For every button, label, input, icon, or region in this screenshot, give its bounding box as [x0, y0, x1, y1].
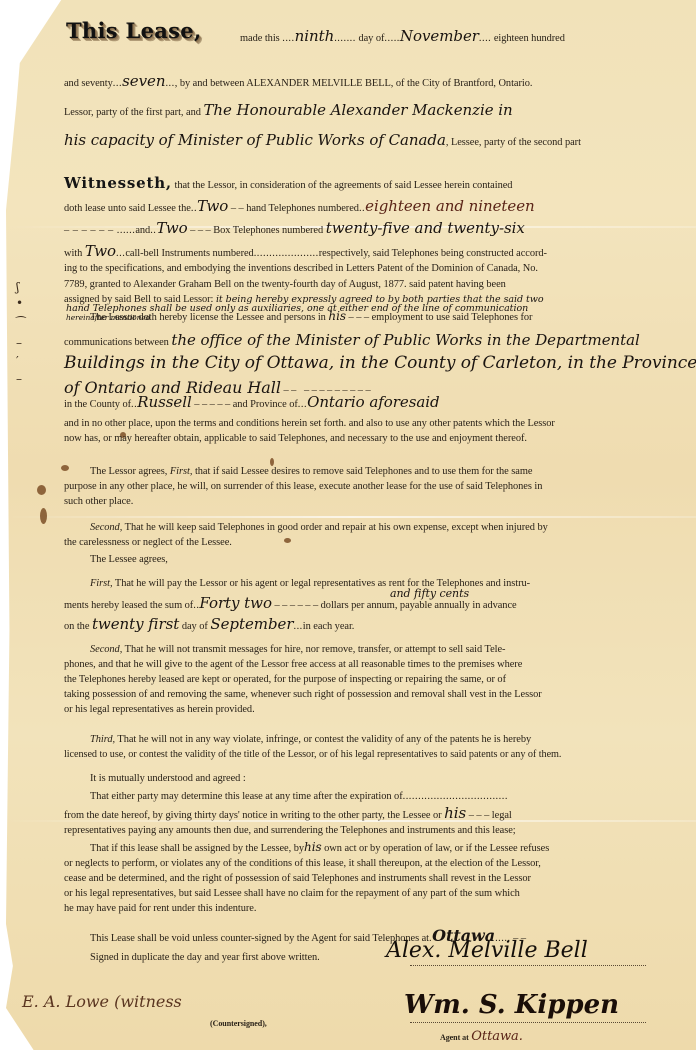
witnesseth-line-11: communications between the office of the…: [64, 334, 644, 349]
margin-mark: ⁀: [16, 316, 26, 330]
lessee-second-line-1: Second, That he will not transmit messag…: [64, 643, 670, 656]
agent-place: Ottawa.: [471, 1029, 523, 1044]
document-title: This Lease,: [66, 18, 202, 43]
lessor-signature: Alex. Melville Bell: [386, 938, 588, 963]
intro-line-4: his capacity of Minister of Public Works…: [64, 134, 644, 149]
witnesseth-line-10: The Lessor doth hereby license the Lesse…: [64, 310, 670, 324]
countersigned-label: (Countersigned),: [210, 1017, 330, 1030]
witness-signature: E. A. Lowe (witness: [22, 992, 182, 1011]
lessee-third-line-1: Third, That he will not in any way viola…: [64, 733, 670, 746]
margin-mark: ʃ: [16, 280, 19, 294]
lessor-second-line-2: the carelessness or neglect of the Lesse…: [64, 536, 644, 549]
mutual-line-7: or his legal representatives, but said L…: [64, 887, 644, 900]
box-telephone-numbers: twenty-five and twenty-six: [326, 219, 525, 237]
lessor-agrees-line-2: purpose in any other place, he will, on …: [64, 480, 644, 493]
mutual-line-6: cease and be determined, and the right o…: [64, 872, 644, 885]
lessee-name: The Honourable Alexander Mackenzie in: [203, 101, 512, 119]
lessee-second-line-4: taking possession of and removing the sa…: [64, 688, 644, 701]
margin-mark: ′: [16, 354, 19, 368]
mutual-line-5: or neglects to perform, or violates any …: [64, 857, 644, 870]
witnesseth-line-2: doth lease unto said Lessee the..Two – –…: [64, 200, 644, 215]
witnesseth-line-12: Buildings in the City of Ottawa, in the …: [64, 357, 644, 372]
witnesseth-line-5: ing to the specifications, and embodying…: [64, 262, 644, 275]
witnesseth-line-3: – – – – – – ......and..Two – – – Box Tel…: [64, 222, 644, 237]
mutual-line-2: from the date hereof, by giving thirty d…: [64, 807, 644, 822]
lessee-second-line-2: phones, and that he will give to the age…: [64, 658, 644, 671]
lessee-first-line-3: on the twenty first day of September...i…: [64, 618, 644, 633]
month-value: November: [400, 27, 479, 45]
witnesseth-line-4: with Two...call-bell Instruments numbere…: [64, 245, 644, 260]
lessee-agrees-heading: The Lessee agrees,: [64, 553, 670, 566]
margin-mark: •: [16, 296, 23, 310]
year-value: seven: [122, 72, 165, 90]
lessee-first-line-2: ments hereby leased the sum of..Forty tw…: [64, 597, 644, 612]
ink-stain: [40, 508, 47, 524]
pay-day: twenty first: [92, 615, 179, 633]
mutual-line-1: That either party may determine this lea…: [64, 790, 670, 803]
lessee-second-line-5: or his legal representatives as herein p…: [64, 703, 644, 716]
lessee-second-line-3: the Telephones hereby leased are kept or…: [64, 673, 644, 686]
witnesseth-line-1: Witnesseth, that the Lessor, in consider…: [64, 177, 644, 192]
fold-line: [6, 516, 696, 518]
mutual-heading: It is mutually understood and agreed :: [64, 772, 670, 785]
witnesseth-line-6: 7789, granted to Alexander Graham Bell o…: [64, 278, 644, 291]
county-value: Russell: [137, 393, 191, 411]
signature-line: [410, 1022, 646, 1023]
witnesseth-heading: Witnesseth,: [64, 174, 172, 192]
margin-mark: –: [16, 372, 22, 386]
intro-line-2: and seventy...seven..., by and between A…: [64, 75, 644, 90]
province-value: Ontario aforesaid: [307, 393, 439, 411]
mutual-line-3: representatives paying any amounts then …: [64, 824, 644, 837]
ink-stain: [37, 485, 46, 495]
witnesseth-line-15: and in no other place, upon the terms an…: [64, 417, 644, 430]
intro-line-3: Lessor, party of the first part, and The…: [64, 104, 644, 119]
lessor-second-line-1: Second, That he will keep said Telephone…: [64, 521, 670, 534]
witnesseth-line-16: now has, or may hereafter obtain, applic…: [64, 432, 644, 445]
signature-line: [410, 965, 646, 966]
hand-telephone-numbers: eighteen and nineteen: [365, 197, 535, 215]
lessor-agrees-line-3: such other place.: [64, 495, 644, 508]
witnesseth-line-14: in the County of..Russell – – – – – and …: [64, 396, 644, 411]
location-text: the office of the Minister of Public Wor…: [171, 331, 639, 349]
mutual-line-8: he may have paid for rent under this ind…: [64, 902, 644, 915]
margin-mark: –: [16, 336, 22, 350]
lessor-agrees-line-1: The Lessor agrees, First, that if said L…: [64, 465, 670, 478]
agent-at-line: Agent at Ottawa.: [440, 1030, 640, 1044]
lessee-capacity: his capacity of Minister of Public Works…: [64, 131, 446, 149]
rent-value: Forty two: [199, 594, 272, 612]
mutual-line-4: That if this lease shall be assigned by …: [64, 841, 670, 855]
agent-signature: Wm. S. Kippen: [404, 990, 619, 1020]
day-value: ninth: [295, 27, 335, 45]
intro-line-1: made this ....ninth....... day of.....No…: [240, 30, 660, 45]
lessee-third-line-2: licensed to use, or contest the validity…: [64, 748, 644, 761]
pay-month: September: [210, 615, 293, 633]
